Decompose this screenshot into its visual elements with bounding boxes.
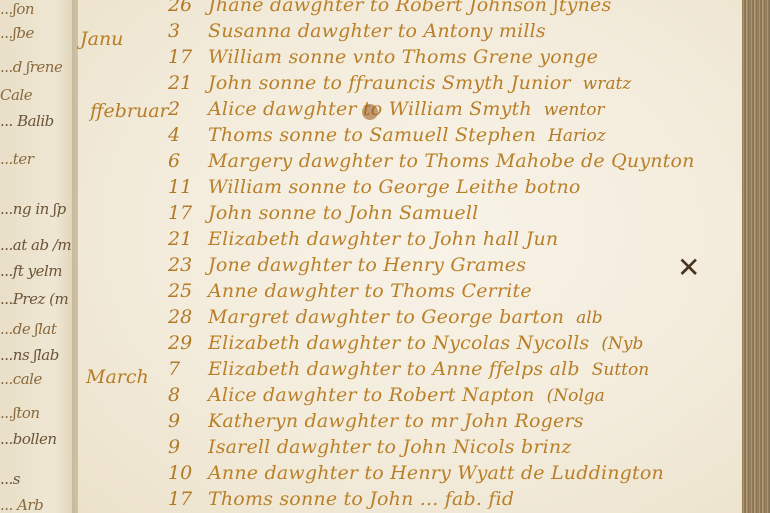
entry-text: John sonne to ffrauncis Smyth Junior (208, 72, 571, 94)
entry-day: 9 (168, 410, 208, 432)
register-entry: 3 Susanna dawghter to Antony mills (168, 20, 558, 44)
entry-note: (Nyb (601, 334, 643, 354)
left-fragment: ...d ʃrene (0, 58, 62, 76)
left-fragment: ...cale (0, 370, 42, 388)
entry-text: Thoms sonne to John ... fab. fid (208, 488, 514, 510)
month-label-march: March (86, 366, 149, 388)
left-fragment: Cale (0, 86, 32, 104)
entry-day: 25 (168, 280, 208, 302)
register-entry: 4 Thoms sonne to Samuell Stephen Harioz (168, 124, 606, 148)
entry-note: alb (576, 308, 602, 328)
entry-day: 17 (168, 488, 208, 510)
entry-text: Jone dawghter to Henry Grames (208, 254, 526, 276)
left-fragment: ...at ab /m (0, 236, 71, 254)
left-fragment: ...ft yelm (0, 262, 62, 280)
entry-day: 21 (168, 228, 208, 250)
left-fragment: ...s (0, 470, 20, 488)
register-entry: 25 Anne dawghter to Thoms Cerrite (168, 280, 544, 304)
register-entry: 7 Elizabeth dawghter to Anne ffelps alb … (168, 358, 649, 382)
entry-day: 6 (168, 150, 208, 172)
entry-day: 3 (168, 20, 208, 42)
entry-text: Katheryn dawghter to mr John Rogers (208, 410, 584, 432)
previous-page-edge: ...ʃon ...ʃbe ...d ʃrene Cale ... Balib … (0, 0, 78, 513)
entry-day: 2 (168, 98, 208, 120)
register-entry: 9 Isarell dawghter to John Nicols brinz (168, 436, 584, 460)
entry-note: Sutton (592, 360, 649, 380)
entry-text: Jhane dawghter to Robert Johnson ʃtynes (208, 0, 611, 16)
entry-day: 17 (168, 202, 208, 224)
entry-text: Elizabeth dawghter to Nycolas Nycolls (208, 332, 589, 354)
entry-day: 11 (168, 176, 208, 198)
entry-text: Anne dawghter to Henry Wyatt de Luddingt… (208, 462, 664, 484)
month-label-january: Janu (80, 28, 123, 50)
register-entry: 28 Margret dawghter to George barton alb (168, 306, 603, 330)
entry-day: 4 (168, 124, 208, 146)
ink-blot (362, 104, 378, 120)
register-entry: 21 Elizabeth dawghter to John hall Jun (168, 228, 570, 252)
register-entry: 11 William sonne to George Leithe botno (168, 176, 593, 200)
entry-text: Susanna dawghter to Antony mills (208, 20, 546, 42)
entry-text: Anne dawghter to Thoms Cerrite (208, 280, 532, 302)
entry-note: (Nolga (547, 386, 605, 406)
left-fragment: ...ʃton (0, 404, 40, 422)
register-entry: 8 Alice dawghter to Robert Napton (Nolga (168, 384, 605, 408)
register-entry: 29 Elizabeth dawghter to Nycolas Nycolls… (168, 332, 643, 356)
entry-day: 17 (168, 46, 208, 68)
entry-text: Elizabeth dawghter to John hall Jun (208, 228, 558, 250)
cross-mark-icon: ✕ (677, 254, 700, 282)
left-fragment: ...de ʃlat (0, 320, 56, 338)
entry-text: Alice dawghter to Robert Napton (208, 384, 535, 406)
register-entry: 23 Jone dawghter to Henry Grames (168, 254, 538, 278)
entry-day: 29 (168, 332, 208, 354)
register-entry: 10 Anne dawghter to Henry Wyatt de Luddi… (168, 462, 676, 486)
register-entry: 21 John sonne to ffrauncis Smyth Junior … (168, 72, 631, 96)
entry-day: 7 (168, 358, 208, 380)
register-entry: 17 William sonne vnto Thoms Grene yonge (168, 46, 610, 70)
entry-text: William sonne vnto Thoms Grene yonge (208, 46, 598, 68)
entry-text: Isarell dawghter to John Nicols brinz (208, 436, 572, 458)
register-entry: 17 Thoms sonne to John ... fab. fid (168, 488, 526, 512)
month-label-february: ffebruar (90, 100, 169, 122)
left-fragment: ...ns ʃlab (0, 346, 59, 364)
entry-day: 21 (168, 72, 208, 94)
register-entry: 26 Jhane dawghter to Robert Johnson ʃtyn… (168, 0, 623, 18)
entry-note: wentor (544, 100, 605, 120)
entry-text: John sonne to John Samuell (208, 202, 478, 224)
register-entry: 2 Alice dawghter to William Smyth wentor (168, 98, 605, 122)
register-entry: 6 Margery dawghter to Thoms Mahobe de Qu… (168, 150, 707, 174)
left-fragment: ... Arb (0, 496, 43, 513)
register-entry: 17 John sonne to John Samuell (168, 202, 490, 226)
entry-text: William sonne to George Leithe botno (208, 176, 581, 198)
entry-text: Margery dawghter to Thoms Mahobe de Quyn… (208, 150, 695, 172)
entry-note: Harioz (548, 126, 606, 146)
left-fragment: ...Prez (m (0, 290, 68, 308)
register-entry: 9 Katheryn dawghter to mr John Rogers (168, 410, 596, 434)
entry-day: 26 (168, 0, 208, 16)
left-fragment: ...ʃon (0, 0, 34, 18)
left-fragment: ...ng in ʃp (0, 200, 66, 218)
entry-day: 10 (168, 462, 208, 484)
entry-day: 23 (168, 254, 208, 276)
left-fragment: ...ter (0, 150, 33, 168)
entry-text: Thoms sonne to Samuell Stephen (208, 124, 536, 146)
left-fragment: ... Balib (0, 112, 54, 130)
entry-note: wratz (583, 74, 632, 94)
left-fragment: ...bollen (0, 430, 57, 448)
left-fragment: ...ʃbe (0, 24, 34, 42)
page-edges (742, 0, 770, 513)
entry-day: 9 (168, 436, 208, 458)
entry-text: Margret dawghter to George barton (208, 306, 564, 328)
entry-text: Elizabeth dawghter to Anne ffelps alb (208, 358, 580, 380)
entry-day: 8 (168, 384, 208, 406)
entry-day: 28 (168, 306, 208, 328)
